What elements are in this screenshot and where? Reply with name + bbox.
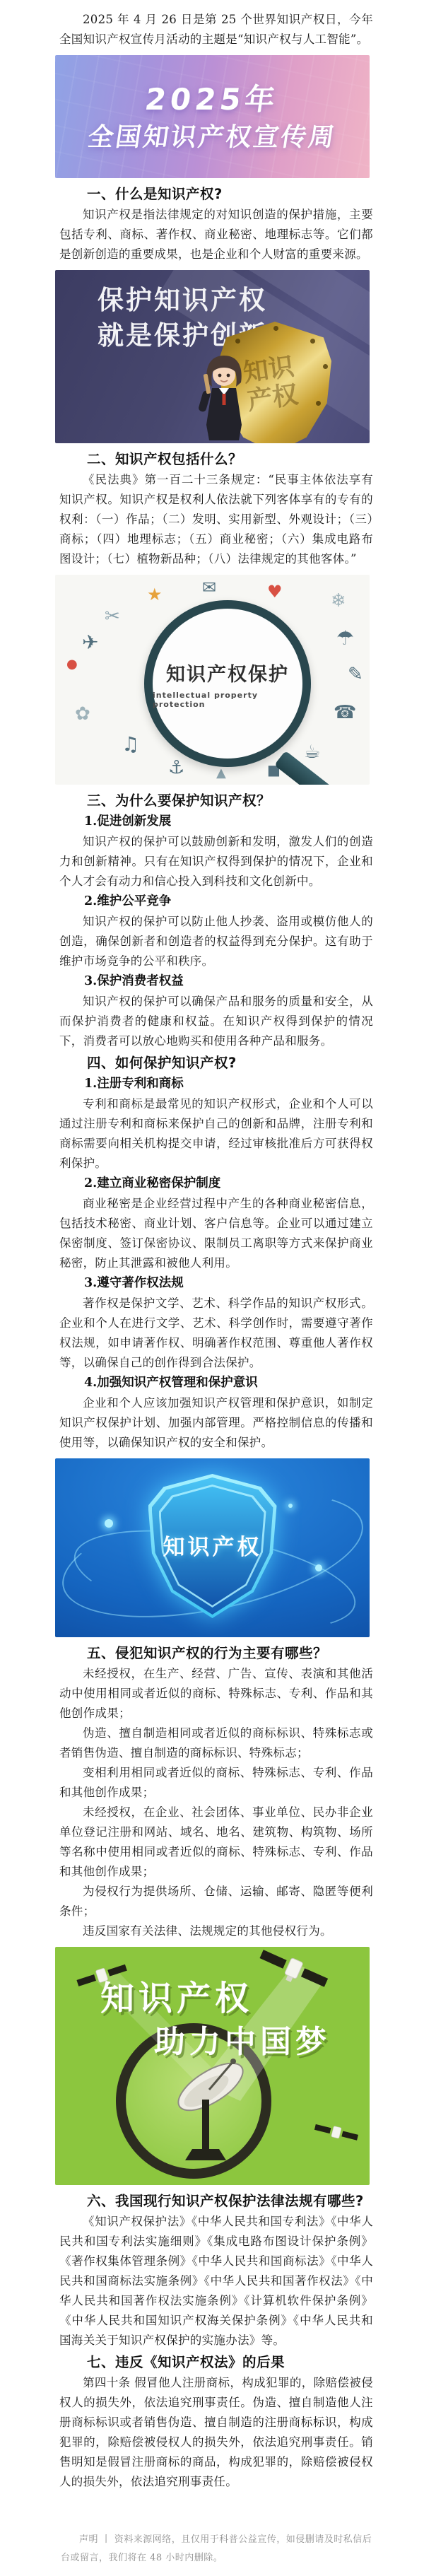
protect-ip-protect-innovation-image: 保护知识产权 就是保护创新 知识产权: [55, 270, 370, 443]
banner-title-text: 全国知识产权宣传周: [55, 117, 370, 153]
pencil-icon: ✎: [348, 665, 363, 684]
envelope-icon: ✉: [202, 579, 216, 596]
magnifier-lens: 知识产权保护 intellectual property protection: [144, 600, 311, 767]
satellite-dish-icon: [171, 2054, 250, 2160]
section-3-subheading-3: 3.保护消费者权益: [59, 971, 373, 992]
section-5-heading: 五、侵犯知识产权的行为主要有哪些？: [59, 1643, 373, 1664]
image-slogan-line1: 保护知识产权: [98, 279, 267, 317]
section-5-paragraph-4: 未经授权，在企业、社会团体、事业单位、民办非企业单位登记注册和网站、域名、地名、…: [59, 1803, 373, 1882]
article-body: 2025 年 4 月 26 日是第 25 个世界知识产权日，今年全国知识产权宣传…: [0, 0, 424, 2492]
judge-character-illustration: [198, 353, 250, 443]
ip-china-dream-image: 知识产权 助力中国梦: [55, 1947, 370, 2185]
lens-subtitle-text: intellectual property protection: [153, 691, 302, 709]
section-1-paragraph: 知识产权是指法律规定的对知识创造的保护措施，主要包括专利、商标、著作权、商业秘密…: [59, 205, 373, 264]
section-2-heading: 二、知识产权包括什么？: [59, 449, 373, 470]
section-2-paragraph: 《民法典》第一百二十三条规定：“民事主体依法享有知识产权。知识产权是权利人依法就…: [59, 470, 373, 569]
section-7-paragraph: 第四十条 假冒他人注册商标，构成犯罪的，除赔偿被侵权人的损失外，依法追究刑事责任…: [59, 2373, 373, 2492]
section-5-paragraph-5: 为侵权行为提供场所、仓储、运输、邮寄、隐匿等便利条件；: [59, 1882, 373, 1921]
circle-icon: ●: [66, 658, 78, 671]
disclaimer-text: 声明 丨 资料来源网络，且仅用于科普公益宣传，如侵删请及时私信后台或留言，我们将…: [0, 2531, 424, 2568]
airplane-icon: ✈: [82, 633, 98, 652]
banner-image-2025-ip-week: 2025年 全国知识产权宣传周: [55, 55, 370, 178]
intro-paragraph: 2025 年 4 月 26 日是第 25 个世界知识产权日，今年全国知识产权宣传…: [59, 10, 373, 49]
blue-shield-icon: 知识产权: [148, 1474, 277, 1618]
music-note-icon: ♫: [122, 734, 139, 754]
section-5-paragraph-1: 未经授权，在生产、经营、广告、宣传、表演和其他活动中使用相同或者近似的商标、特殊…: [59, 1664, 373, 1723]
glow-dot: [105, 1519, 113, 1528]
green-image-text-line1: 知识产权: [100, 1971, 253, 2020]
section-4-subheading-1: 1.注册专利和商标: [59, 1074, 373, 1094]
star-icon: ★: [147, 586, 163, 603]
coffee-cup-icon: ☕: [304, 743, 320, 761]
lens-title-text: 知识产权保护: [166, 659, 289, 686]
section-4-paragraph-2: 商业秘密是企业经营过程中产生的各种商业秘密信息，包括技术秘密、商业计划、客户信息…: [59, 1194, 373, 1273]
umbrella-icon: ☂: [336, 628, 354, 648]
section-6-paragraph: 《知识产权保护法》《中华人民共和国专利法》《中华人民共和国专利法实施细则》《集成…: [59, 2212, 373, 2350]
section-4-paragraph-1: 专利和商标是最常见的知识产权形式，企业和个人可以通过注册专利和商标来保护自己的创…: [59, 1094, 373, 1173]
scissors-icon: ✂: [105, 607, 120, 626]
green-image-text-line2: 助力中国梦: [154, 2016, 331, 2061]
section-4-subheading-2: 2.建立商业秘密保护制度: [59, 1173, 373, 1194]
section-1-heading: 一、什么是知识产权?: [59, 184, 373, 205]
anchor-icon: ⚓: [168, 759, 184, 777]
section-4-heading: 四、如何保护知识产权?: [59, 1053, 373, 1074]
shield-label-text: 知识产权: [148, 1529, 277, 1561]
shield-watermark-text: 知识产权: [242, 352, 308, 416]
glow-dot: [315, 1564, 322, 1571]
blue-shield-ip-image: 知识产权: [55, 1458, 370, 1637]
flower-icon: ✿: [75, 705, 90, 723]
section-5-paragraph-2: 伪造、擅自制造相同或者近似的商标标识、特殊标志或者销售伪造、擅自制造的商标标识、…: [59, 1723, 373, 1763]
heart-icon: ♥: [267, 583, 283, 600]
section-3-paragraph-3: 知识产权的保护可以确保产品和服务的质量和安全，从而保护消费者的健康和权益。在知识…: [59, 992, 373, 1051]
glow-dot: [288, 1504, 293, 1508]
section-3-paragraph-2: 知识产权的保护可以防止他人抄袭、盗用或模仿他人的创造，确保创新者和创造者的权益得…: [59, 912, 373, 971]
section-4-subheading-3: 3.遵守著作权法规: [59, 1273, 373, 1294]
section-5-paragraph-6: 违反国家有关法律、法规规定的其他侵权行为。: [59, 1921, 373, 1941]
section-4-paragraph-3: 著作权是保护文学、艺术、科学作品的知识产权形式。企业和个人在进行文学、艺术、科学…: [59, 1294, 373, 1373]
section-5-paragraph-3: 变相利用相同或者近似的商标、特殊标志、专利、作品和其他创作成果；: [59, 1763, 373, 1803]
section-4-paragraph-4: 企业和个人应该加强知识产权管理和保护意识，如制定知识产权保护计划、加强内部管理。…: [59, 1393, 373, 1453]
section-3-paragraph-1: 知识产权的保护可以鼓励创新和发明，激发人们的创造力和创新精神。只有在知识产权得到…: [59, 832, 373, 891]
section-3-subheading-2: 2.维护公平竞争: [59, 891, 373, 912]
section-7-heading: 七、违反《知识产权法》的后果: [59, 2352, 373, 2373]
section-4-subheading-4: 4.加强知识产权管理和保护意识: [59, 1373, 373, 1393]
section-3-subheading-1: 1.促进创新发展: [59, 812, 373, 832]
triangle-icon: ▲: [216, 767, 226, 780]
article-page: 2025 年 4 月 26 日是第 25 个世界知识产权日，今年全国知识产权宣传…: [0, 0, 424, 2576]
section-6-heading: 六、我国现行知识产权保护法律法规有哪些?: [59, 2191, 373, 2212]
satellite-icon: [314, 2121, 359, 2143]
telephone-icon: ☎: [334, 703, 356, 722]
snowflake-icon: ❄: [331, 592, 346, 610]
banner-year-text: 2025年: [55, 76, 370, 119]
ip-protection-magnifier-image: ✂ ★ ✉ ♥ ❄ ☂ ✎ ☎ ☕ ■ ⚓ ♫ ✿ ● ✈ ▲ 知识产权保护 i…: [55, 575, 370, 785]
section-3-heading: 三、为什么要保护知识产权？: [59, 790, 373, 812]
